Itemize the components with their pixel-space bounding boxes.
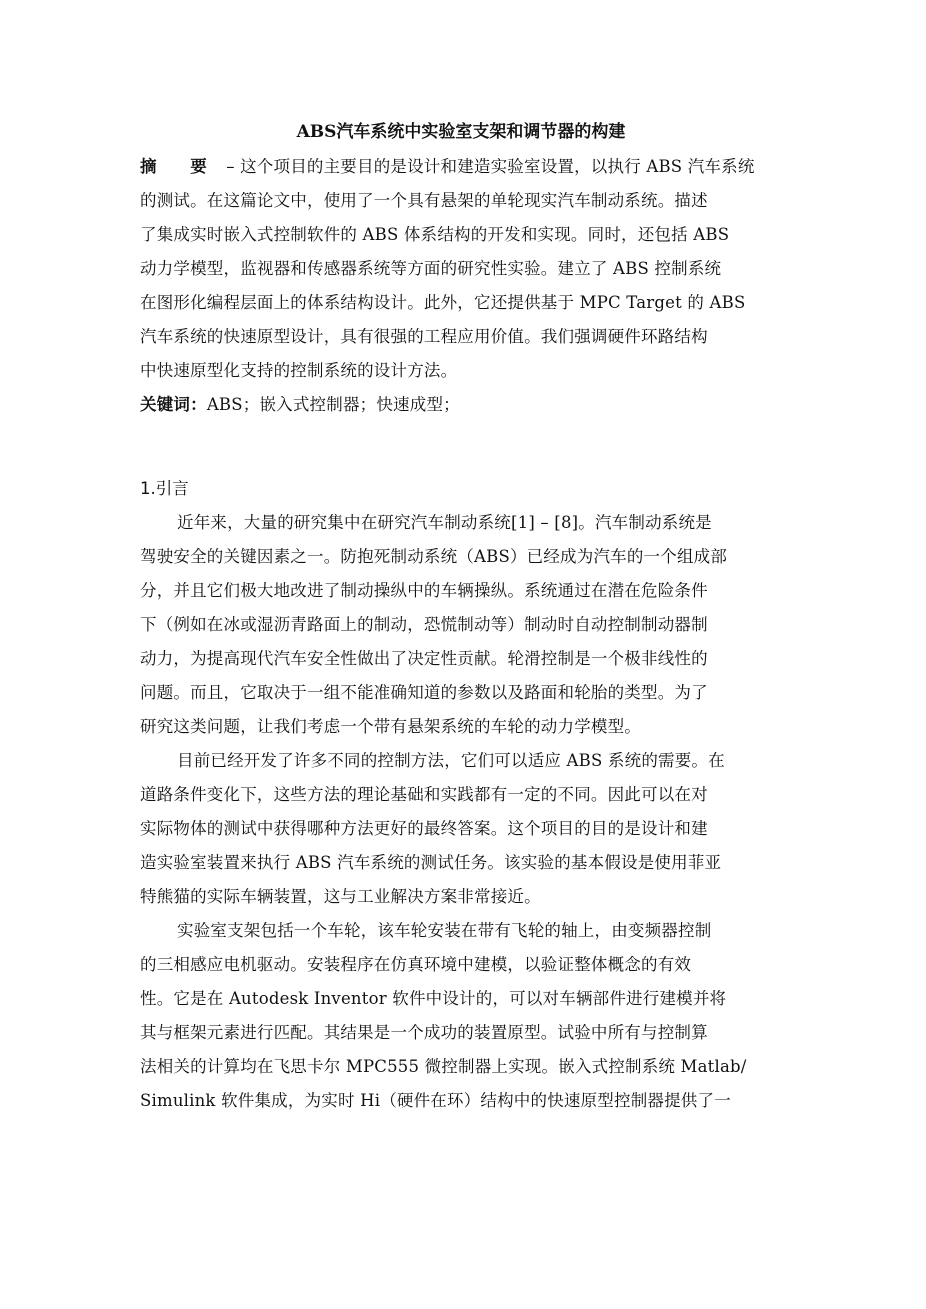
paragraph-line: 法相关的计算均在飞思卡尔 MPC555 微控制器上实现。嵌入式控制系统 Matl… (140, 1050, 782, 1084)
abstract-line: 汽车系统的快速原型设计，具有很强的工程应用价值。我们强调硬件环路结构 (140, 320, 782, 354)
paragraph-line: 分，并且它们极大地改进了制动操纵中的车辆操纵。系统通过在潜在危险条件 (140, 574, 782, 608)
paragraph-2: 目前已经开发了许多不同的控制方法，它们可以适应 ABS 系统的需要。在 道路条件… (140, 744, 782, 914)
document-title: ABS汽车系统中实验室支架和调节器的构建 (140, 118, 782, 146)
paragraph-line: 目前已经开发了许多不同的控制方法，它们可以适应 ABS 系统的需要。在 (140, 744, 782, 778)
paragraph-line: 驾驶安全的关键因素之一。防抱死制动系统（ABS）已经成为汽车的一个组成部 (140, 540, 782, 574)
paragraph-line: 实验室支架包括一个车轮，该车轮安装在带有飞轮的轴上，由变频器控制 (140, 914, 782, 948)
paragraph-line: 动力，为提高现代汽车安全性做出了决定性贡献。轮滑控制是一个极非线性的 (140, 642, 782, 676)
abstract-line: 了集成实时嵌入式控制软件的 ABS 体系结构的开发和实现。同时，还包括 ABS (140, 218, 782, 252)
paragraph-line: 研究这类问题，让我们考虑一个带有悬架系统的车轮的动力学模型。 (140, 710, 782, 744)
abstract-line: 摘 要 – 这个项目的主要目的是设计和建造实验室设置，以执行 ABS 汽车系统 (140, 150, 782, 184)
abstract-block: 摘 要 – 这个项目的主要目的是设计和建造实验室设置，以执行 ABS 汽车系统 … (140, 150, 782, 388)
keywords: 关键词：ABS；嵌入式控制器；快速成型； (140, 388, 782, 422)
paragraph-1: 近年来，大量的研究集中在研究汽车制动系统[1] – [8]。汽车制动系统是 驾驶… (140, 506, 782, 744)
paragraph-line: 特熊猫的实际车辆装置，这与工业解决方案非常接近。 (140, 880, 782, 914)
paragraph-line: 实际物体的测试中获得哪种方法更好的最终答案。这个项目的目的是设计和建 (140, 812, 782, 846)
paragraph-line: 下（例如在冰或湿沥青路面上的制动，恐慌制动等）制动时自动控制制动器制 (140, 608, 782, 642)
abstract-line: 的测试。在这篇论文中，使用了一个具有悬架的单轮现实汽车制动系统。描述 (140, 184, 782, 218)
section-spacer (140, 422, 782, 472)
section-heading-introduction: 1.引言 (140, 472, 782, 506)
paragraph-line: 问题。而且，它取决于一组不能准确知道的参数以及路面和轮胎的类型。为了 (140, 676, 782, 710)
paragraph-line: 近年来，大量的研究集中在研究汽车制动系统[1] – [8]。汽车制动系统是 (140, 506, 782, 540)
keywords-value: ABS；嵌入式控制器；快速成型； (207, 395, 460, 414)
document-page: ABS汽车系统中实验室支架和调节器的构建 摘 要 – 这个项目的主要目的是设计和… (140, 118, 782, 1118)
paragraph-line: 道路条件变化下，这些方法的理论基础和实践都有一定的不同。因此可以在对 (140, 778, 782, 812)
abstract-label: 摘 要 (140, 157, 221, 176)
paragraph-line: 性。它是在 Autodesk Inventor 软件中设计的，可以对车辆部件进行… (140, 982, 782, 1016)
paragraph-line: 其与框架元素进行匹配。其结果是一个成功的装置原型。试验中所有与控制算 (140, 1016, 782, 1050)
paragraph-3: 实验室支架包括一个车轮，该车轮安装在带有飞轮的轴上，由变频器控制 的三相感应电机… (140, 914, 782, 1118)
paragraph-line: 的三相感应电机驱动。安装程序在仿真环境中建模，以验证整体概念的有效 (140, 948, 782, 982)
abstract-line: 动力学模型，监视器和传感器系统等方面的研究性实验。建立了 ABS 控制系统 (140, 252, 782, 286)
keywords-label: 关键词： (140, 395, 207, 414)
paragraph-line: 造实验室装置来执行 ABS 汽车系统的测试任务。该实验的基本假设是使用菲亚 (140, 846, 782, 880)
abstract-separator: – (221, 157, 240, 176)
abstract-line: 在图形化编程层面上的体系结构设计。此外，它还提供基于 MPC Target 的 … (140, 286, 782, 320)
paragraph-line: Simulink 软件集成，为实时 Hi（硬件在环）结构中的快速原型控制器提供了… (140, 1084, 782, 1118)
abstract-line: 中快速原型化支持的控制系统的设计方法。 (140, 354, 782, 388)
abstract-text: 这个项目的主要目的是设计和建造实验室设置，以执行 ABS 汽车系统 (240, 157, 754, 176)
